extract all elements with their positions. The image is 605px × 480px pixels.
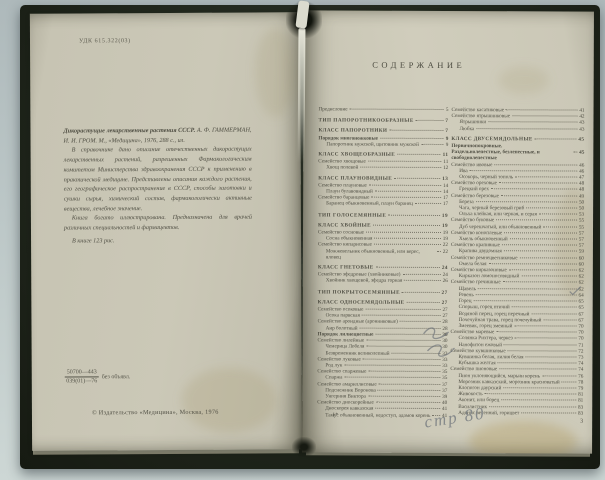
toc-entry-label: Тамус обыкновенный, недоступ, адамов кор… <box>325 412 430 419</box>
code-fraction: 50700—443 039(01)—76 <box>65 368 99 385</box>
page-number: 3 <box>580 419 583 425</box>
dot-leader <box>562 381 577 382</box>
toc-entry-label: Можжевельник обыкновенный, или верес, ял… <box>326 248 435 261</box>
right-page: СОДЕРЖАНИЕ Предисловие5ТИП ПАПОРОТНИКООБ… <box>302 10 594 453</box>
toc-entry-label: Баранец обыкновенный, плаун баранец <box>326 201 413 208</box>
dot-leader <box>368 396 440 397</box>
dot-leader <box>539 214 577 215</box>
dot-leader <box>520 257 577 258</box>
toc-entry: КЛАСС ХВОЩЕОБРАЗНЫЕ11 <box>318 151 448 158</box>
stain <box>182 367 277 432</box>
dot-leader <box>404 280 440 281</box>
dot-leader <box>378 389 440 390</box>
toc-page-number: 12 <box>443 165 448 171</box>
dot-leader <box>344 377 440 378</box>
dot-leader <box>402 274 440 275</box>
dot-leader <box>388 214 440 215</box>
dot-leader <box>504 232 577 233</box>
dot-leader <box>476 294 577 295</box>
dot-leader <box>421 144 444 145</box>
toc-entry-label: КЛАСС ДВУСЕМЯДОЛЬНЫЕ <box>451 136 532 143</box>
toc-page-number: 13 <box>442 176 448 182</box>
dot-leader <box>478 288 577 289</box>
toc-page-number: 27 <box>442 300 448 306</box>
dot-leader <box>499 182 577 183</box>
dot-leader <box>501 400 576 401</box>
dot-leader <box>574 152 578 153</box>
toc-entry-label: КЛАСС ГНЕТОВЫЕ <box>318 264 374 270</box>
annotation-paragraph: Книга богато иллюстрирована. Предназначе… <box>64 213 252 233</box>
toc-entry: Предисловие5 <box>319 106 449 113</box>
annotation-paragraphs: В справочнике дано описание отечественны… <box>64 145 253 246</box>
toc-page-number: 83 <box>578 410 583 416</box>
code-denominator: 039(01)—76 <box>65 377 99 385</box>
toc-page-number: 5 <box>446 107 449 113</box>
toc-page-number: 9 <box>446 142 449 148</box>
dot-leader <box>504 251 577 252</box>
toc-page-number: 45 <box>578 136 584 142</box>
dot-leader <box>476 128 577 129</box>
dot-leader <box>369 184 441 185</box>
dot-leader <box>437 251 441 252</box>
dot-leader <box>397 154 440 155</box>
dot-leader <box>366 232 441 233</box>
dot-leader <box>415 203 441 204</box>
dot-leader <box>474 300 577 301</box>
dot-leader <box>489 406 576 407</box>
dot-leader <box>531 313 576 314</box>
left-page: УДК 615.322(03) Дикорастущие лекарственн… <box>30 12 302 450</box>
code-numerator: 50700—443 <box>65 368 99 377</box>
toc-entry-label: КЛАСС ПЛАУНОВИДНЫЕ <box>318 175 392 182</box>
toc-entry: КЛАСС ГНЕТОВЫЕ24 <box>318 264 448 271</box>
toc-entry-label: ТИП ПОКРЫТОСЕМЯННЫЕ <box>318 289 400 296</box>
pencil-checkmark <box>569 286 582 297</box>
dot-leader <box>416 120 444 121</box>
dot-leader <box>376 267 440 268</box>
dot-leader <box>509 269 577 270</box>
dot-leader <box>470 170 577 171</box>
dot-leader <box>374 244 441 245</box>
book-photo: УДК 615.322(03) Дикорастущие лекарственн… <box>0 0 605 480</box>
toc-page-number: 22 <box>443 249 448 255</box>
toc-entry-label: Предисловие <box>319 106 348 112</box>
dot-leader <box>508 350 577 351</box>
footnote-mark: 1* <box>332 412 338 418</box>
toc-entry-label: ТИП ГОЛОСЕМЯННЫЕ <box>318 212 386 219</box>
dot-leader <box>512 307 577 308</box>
toc-entry: КЛАСС ДВУСЕМЯДОЛЬНЫЕ45 <box>451 136 584 143</box>
dot-leader <box>543 319 576 320</box>
dot-leader <box>476 201 577 202</box>
dot-leader <box>360 167 441 168</box>
toc-page-number: 27 <box>442 290 448 296</box>
toc-entry-label: Папоротник мужской, щитовник мужской <box>326 141 419 148</box>
toc-entry-label: Хвощ полевой <box>326 165 358 171</box>
toc-page-number: 19 <box>442 213 448 219</box>
dot-leader <box>376 402 440 403</box>
dot-leader <box>368 371 440 372</box>
toc-entry-label: Семейство ивовые <box>451 162 492 168</box>
dot-leader <box>525 356 576 357</box>
toc-entry: Баранец обыкновенный, плаун баранец17 <box>318 201 448 208</box>
annotation-paragraph: В справочнике дано описание отечественны… <box>64 145 252 214</box>
toc-entry: КЛАСС ХВОЙНЫЕ19 <box>318 222 448 229</box>
toc-entry: ТИП ПОКРЫТОСЕМЯННЫЕ27 <box>318 289 448 296</box>
toc-entry-label: КЛАСС ХВОЙНЫЕ <box>318 222 371 228</box>
toc-page-number: 7 <box>445 118 448 124</box>
toc-entry: КЛАСС ОДНОСЕМЯДОЛЬНЫЕ27 <box>318 299 448 306</box>
toc-entry-label: КЛАСС ХВОЩЕОБРАЗНЫЕ <box>318 151 395 158</box>
stain <box>499 66 549 94</box>
dot-leader <box>515 176 577 177</box>
dot-leader <box>499 369 576 370</box>
pencil-scribble <box>420 323 456 365</box>
dot-leader <box>501 195 577 196</box>
dot-leader <box>488 122 577 123</box>
toc-entry-label: Хвойник хвощевой, эфедра горная <box>326 278 402 285</box>
dot-leader <box>543 226 577 227</box>
binding-gap-bottom <box>292 437 316 457</box>
toc-page-number: 11 <box>443 152 449 158</box>
dot-leader <box>489 263 577 264</box>
toc-entry-label: КЛАСС ОДНОСЕМЯДОЛЬНЫЕ <box>318 299 405 306</box>
toc-page-number: 7 <box>445 128 448 134</box>
toc-entry: КЛАСС ПАПОРОТНИКИ7 <box>318 128 448 135</box>
dot-leader <box>498 362 577 363</box>
dot-leader <box>502 245 577 246</box>
toc-entry: Любка43 <box>451 126 584 133</box>
dot-leader <box>526 207 577 208</box>
toc-column-right: Семейство касатиковые41Семейство ятрышни… <box>450 107 584 419</box>
toc-entry-label: Любка <box>459 126 474 132</box>
dot-leader <box>542 375 576 376</box>
toc-entry: Хвойник хвощевой, эфедра горная26 <box>318 278 448 285</box>
dot-leader <box>504 344 576 345</box>
dot-leader <box>402 291 439 292</box>
toc-page-number: 26 <box>443 278 448 284</box>
dot-leader <box>496 220 577 221</box>
toc-entry: Раздельнолепестные, безлепестные, и своб… <box>451 149 584 162</box>
dot-leader <box>535 138 577 139</box>
toc-page-number: 43 <box>579 126 584 132</box>
bibliographic-code: 50700—443 039(01)—76 без объявл. <box>65 368 131 385</box>
dot-leader <box>350 109 444 110</box>
dot-leader <box>407 302 440 303</box>
toc-entry-label: Раздельнолепестные, безлепестные, и своб… <box>451 149 571 162</box>
dot-leader <box>373 225 440 226</box>
dot-leader <box>503 282 577 283</box>
dot-leader <box>365 309 440 310</box>
stain <box>255 27 295 117</box>
toc-page-number: 19 <box>442 223 448 229</box>
dot-leader <box>368 161 442 162</box>
toc-entry: ТИП ПАПОРОТНИКООБРАЗНЫЕ7 <box>318 118 448 125</box>
dot-leader <box>374 238 440 239</box>
toc-entry-label: КЛАСС ПАПОРОТНИКИ <box>318 128 387 135</box>
dot-leader <box>496 331 576 332</box>
copyright-line: © Издательство «Медицина», Москва, 1976 <box>92 409 219 417</box>
table-of-contents: Предисловие5ТИП ПАПОРОТНИКООБРАЗНЫЕ7КЛАС… <box>317 106 584 419</box>
dot-leader <box>521 412 576 413</box>
dot-leader <box>379 383 440 384</box>
code-suffix: без объявл. <box>102 374 131 380</box>
dot-leader <box>362 315 441 316</box>
dot-leader <box>380 137 444 138</box>
dot-leader <box>375 408 440 409</box>
annotation: Дикорастущие лекарственные растения СССР… <box>63 126 252 246</box>
dot-leader <box>515 338 577 339</box>
dot-leader <box>375 191 441 192</box>
dot-leader <box>521 276 576 277</box>
toc-entry: Можжевельник обыкновенный, или верес, ял… <box>318 248 448 261</box>
toc-entry: Хвощ полевой12 <box>318 165 448 172</box>
dot-leader <box>485 393 576 394</box>
dot-leader <box>389 130 443 131</box>
dot-leader <box>510 238 577 239</box>
annotation-title: Дикорастущие лекарственные растения СССР… <box>63 127 195 135</box>
torn-endpaper-strip <box>298 28 306 163</box>
udk-code: УДК 615.322(03) <box>79 38 131 44</box>
toc-page-number: 17 <box>443 201 448 207</box>
toc-column-left: Предисловие5ТИП ПАПОРОТНИКООБРАЗНЫЕ7КЛАС… <box>317 106 448 418</box>
toc-entry: ТИП ГОЛОСЕМЯННЫЕ19 <box>318 212 448 219</box>
dot-leader <box>514 325 576 326</box>
dot-leader <box>494 164 577 165</box>
toc-entry-label: ТИП ПАПОРОТНИКООБРАЗНЫЕ <box>318 118 413 125</box>
dot-leader <box>503 387 576 388</box>
toc-entry: КЛАСС ПЛАУНОВИДНЫЕ13 <box>318 175 448 182</box>
toc-page-number: 24 <box>442 265 448 271</box>
dot-leader <box>394 177 440 178</box>
dot-leader <box>512 115 577 116</box>
toc-page-number: 45 <box>579 150 584 156</box>
dot-leader <box>371 197 441 198</box>
stain <box>469 421 577 454</box>
annotation-paragraph: В книге 123 рис. <box>64 235 252 246</box>
dot-leader <box>491 189 577 190</box>
contents-title: СОДЕРЖАНИЕ <box>344 60 494 71</box>
toc-entry: Папоротник мужской, щитовник мужской9 <box>318 141 448 148</box>
dot-leader <box>506 109 577 110</box>
